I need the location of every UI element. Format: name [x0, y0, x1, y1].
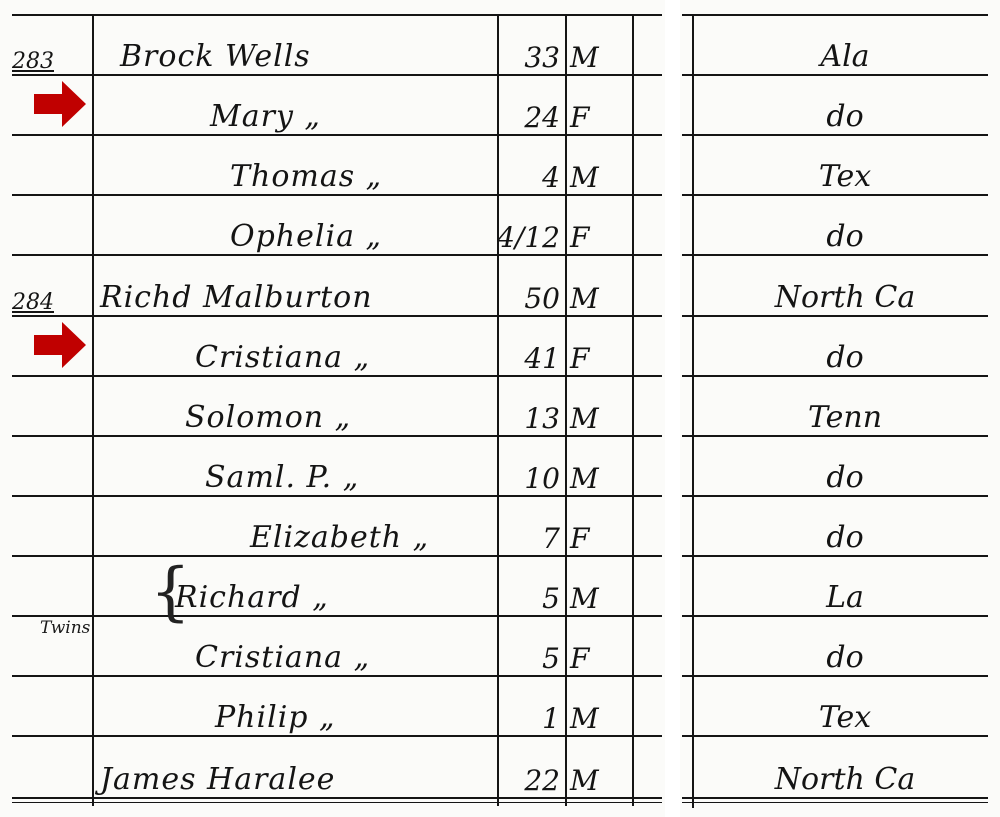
- person-sex: F: [570, 74, 630, 136]
- dwelling-number: 284: [12, 254, 87, 317]
- person-name: Saml. P. „: [205, 435, 359, 497]
- person-sex: M: [570, 14, 630, 76]
- person-age: 10: [500, 435, 560, 497]
- age-column-divider: [497, 14, 499, 806]
- twins-note: Twins: [40, 618, 90, 638]
- person-birthplace: North Ca: [700, 735, 990, 799]
- person-age: 24: [500, 74, 560, 136]
- person-age: 7: [500, 495, 560, 557]
- person-age: 33: [500, 14, 560, 76]
- person-birthplace: do: [700, 615, 990, 677]
- person-age: 13: [500, 375, 560, 437]
- red-arrow-icon: [34, 81, 86, 127]
- person-sex: F: [570, 615, 630, 677]
- person-sex: M: [570, 134, 630, 196]
- person-name: Ophelia „: [230, 194, 382, 256]
- twins-brace-icon: {: [150, 560, 191, 624]
- person-age: 4: [500, 134, 560, 196]
- panel-gap: [665, 0, 680, 817]
- person-birthplace: do: [700, 194, 990, 256]
- person-birthplace: Tex: [700, 675, 990, 737]
- person-birthplace: Tenn: [700, 375, 990, 437]
- person-sex: F: [570, 194, 630, 256]
- person-name: Elizabeth „: [250, 495, 429, 557]
- person-sex: M: [570, 435, 630, 497]
- person-sex: M: [570, 735, 630, 799]
- person-name: Cristiana „: [195, 315, 370, 377]
- person-name: James Haralee: [100, 735, 335, 799]
- person-birthplace: La: [700, 555, 990, 617]
- birthplace-column-divider: [692, 14, 694, 808]
- person-birthplace: do: [700, 315, 990, 377]
- person-name: Richd Malburton: [100, 254, 373, 317]
- bottom-double-rule-right: [682, 802, 988, 803]
- red-arrow-icon: [34, 322, 86, 368]
- person-age: 22: [500, 735, 560, 799]
- person-sex: M: [570, 555, 630, 617]
- person-name: Brock Wells: [120, 14, 311, 76]
- person-age: 41: [500, 315, 560, 377]
- person-sex: M: [570, 675, 630, 737]
- person-sex: F: [570, 315, 630, 377]
- person-age: 50: [500, 254, 560, 317]
- person-name: Solomon „: [185, 375, 351, 437]
- person-age: 5: [500, 615, 560, 677]
- person-name: Richard „: [175, 555, 329, 617]
- dwelling-number: 283: [12, 14, 87, 76]
- person-name: Philip „: [215, 675, 336, 737]
- person-age: 4/12: [500, 194, 560, 256]
- person-name: Thomas „: [230, 134, 382, 196]
- person-age: 5: [500, 555, 560, 617]
- person-birthplace: Ala: [700, 14, 990, 76]
- person-name: Mary „: [210, 74, 321, 136]
- person-sex: M: [570, 254, 630, 317]
- sex-column-right-divider: [632, 14, 634, 806]
- person-birthplace: do: [700, 74, 990, 136]
- person-birthplace: North Ca: [700, 254, 990, 317]
- person-name: Cristiana „: [195, 615, 370, 677]
- person-birthplace: Tex: [700, 134, 990, 196]
- name-column-divider: [92, 14, 94, 806]
- person-birthplace: do: [700, 495, 990, 557]
- person-birthplace: do: [700, 435, 990, 497]
- person-sex: F: [570, 495, 630, 557]
- person-sex: M: [570, 375, 630, 437]
- sex-column-divider: [565, 14, 567, 806]
- person-age: 1: [500, 675, 560, 737]
